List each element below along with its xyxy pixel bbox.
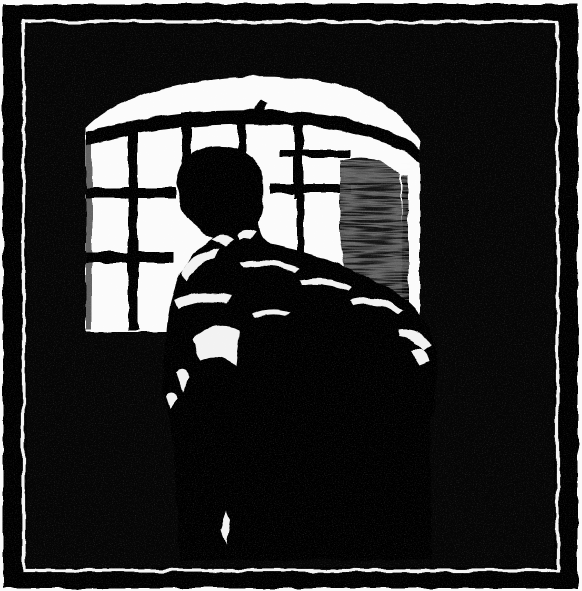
woodcut-artwork: [0, 0, 582, 591]
illustration: [0, 0, 582, 591]
print-grain: [0, 0, 582, 591]
